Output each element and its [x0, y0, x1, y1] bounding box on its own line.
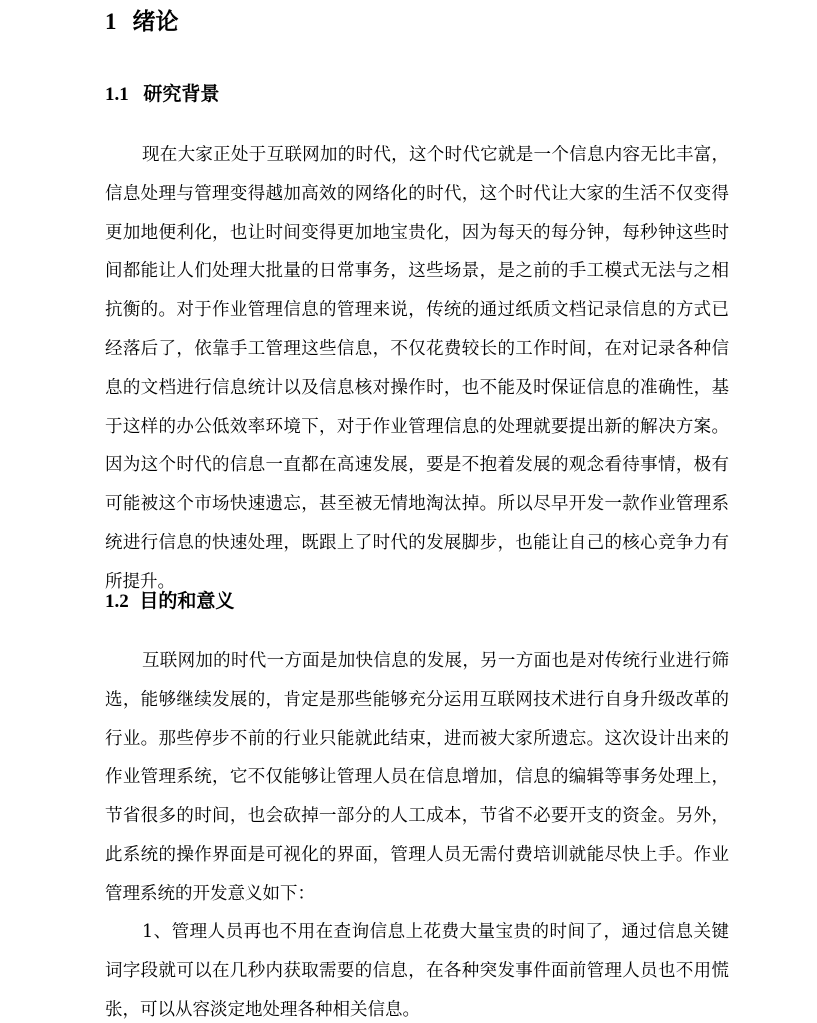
paragraph-line: 词字段就可以在几秒内获取需要的信息，在各种突发事件面前管理人员也不用慌: [105, 952, 729, 991]
paragraph-line: 此系统的操作界面是可视化的界面，管理人员无需付费培训就能尽快上手。作业: [105, 836, 729, 875]
paragraph-line: 信息处理与管理变得越加高效的网络化的时代，这个时代让大家的生活不仅变得: [105, 175, 729, 214]
chapter-number: 1: [105, 9, 117, 34]
section-heading-1-2: 1.2 目的和意义: [105, 587, 234, 616]
section-title: 目的和意义: [139, 590, 234, 612]
paragraph-line: 经落后了，依靠手工管理这些信息，不仅花费较长的工作时间，在对记录各种信: [105, 330, 729, 369]
paragraph-line: 息的文档进行信息统计以及信息核对操作时，也不能及时保证信息的准确性，基: [105, 369, 729, 408]
paragraph-line: 管理系统的开发意义如下：: [105, 875, 729, 914]
paragraph-line: 可能被这个市场快速遗忘，甚至被无情地淘汰掉。所以尽早开发一款作业管理系: [105, 485, 729, 524]
paragraph-line: 1、管理人员再也不用在查询信息上花费大量宝贵的时间了，通过信息关键: [105, 913, 729, 952]
paragraph-line: 间都能让人们处理大批量的日常事务，这些场景，是之前的手工模式无法与之相: [105, 252, 729, 291]
paragraph-line: 张，可以从容淡定地处理各种相关信息。: [105, 991, 729, 1023]
chapter-heading: 1 绪论: [105, 6, 179, 38]
paragraph-line: 行业。那些停步不前的行业只能就此结束，进而被大家所遗忘。这次设计出来的: [105, 720, 729, 759]
paragraph-line: 作业管理系统，它不仅能够让管理人员在信息增加，信息的编辑等事务处理上，: [105, 758, 729, 797]
paragraph-purpose: 互联网加的时代一方面是加快信息的发展，另一方面也是对传统行业进行筛 选，能够继续…: [105, 642, 729, 914]
chapter-title: 绪论: [133, 9, 179, 35]
section-number: 1.1: [105, 84, 129, 105]
paragraph-line: 因为这个时代的信息一直都在高速发展，要是不抱着发展的观念看待事情，极有: [105, 446, 729, 485]
section-title: 研究背景: [143, 83, 219, 105]
paragraph-significance-item-1: 1、管理人员再也不用在查询信息上花费大量宝贵的时间了，通过信息关键 词字段就可以…: [105, 913, 729, 1023]
paragraph-line: 统进行信息的快速处理，既跟上了时代的发展脚步，也能让自己的核心竞争力有: [105, 524, 729, 563]
paragraph-research-background: 现在大家正处于互联网加的时代，这个时代它就是一个信息内容无比丰富， 信息处理与管…: [105, 136, 729, 602]
paragraph-line: 互联网加的时代一方面是加快信息的发展，另一方面也是对传统行业进行筛: [105, 642, 729, 681]
paragraph-line: 选，能够继续发展的，肯定是那些能够充分运用互联网技术进行自身升级改革的: [105, 681, 729, 720]
paragraph-line: 节省很多的时间，也会砍掉一部分的人工成本，节省不必要开支的资金。另外，: [105, 797, 729, 836]
section-heading-1-1: 1.1 研究背景: [105, 80, 219, 109]
paragraph-line: 更加地便利化，也让时间变得更加地宝贵化，因为每天的每分钟，每秒钟这些时: [105, 214, 729, 253]
paragraph-line: 抗衡的。对于作业管理信息的管理来说，传统的通过纸质文档记录信息的方式已: [105, 291, 729, 330]
section-number: 1.2: [105, 591, 129, 612]
paragraph-line: 现在大家正处于互联网加的时代，这个时代它就是一个信息内容无比丰富，: [105, 136, 729, 175]
paragraph-line: 于这样的办公低效率环境下，对于作业管理信息的处理就要提出新的解决方案。: [105, 408, 729, 447]
